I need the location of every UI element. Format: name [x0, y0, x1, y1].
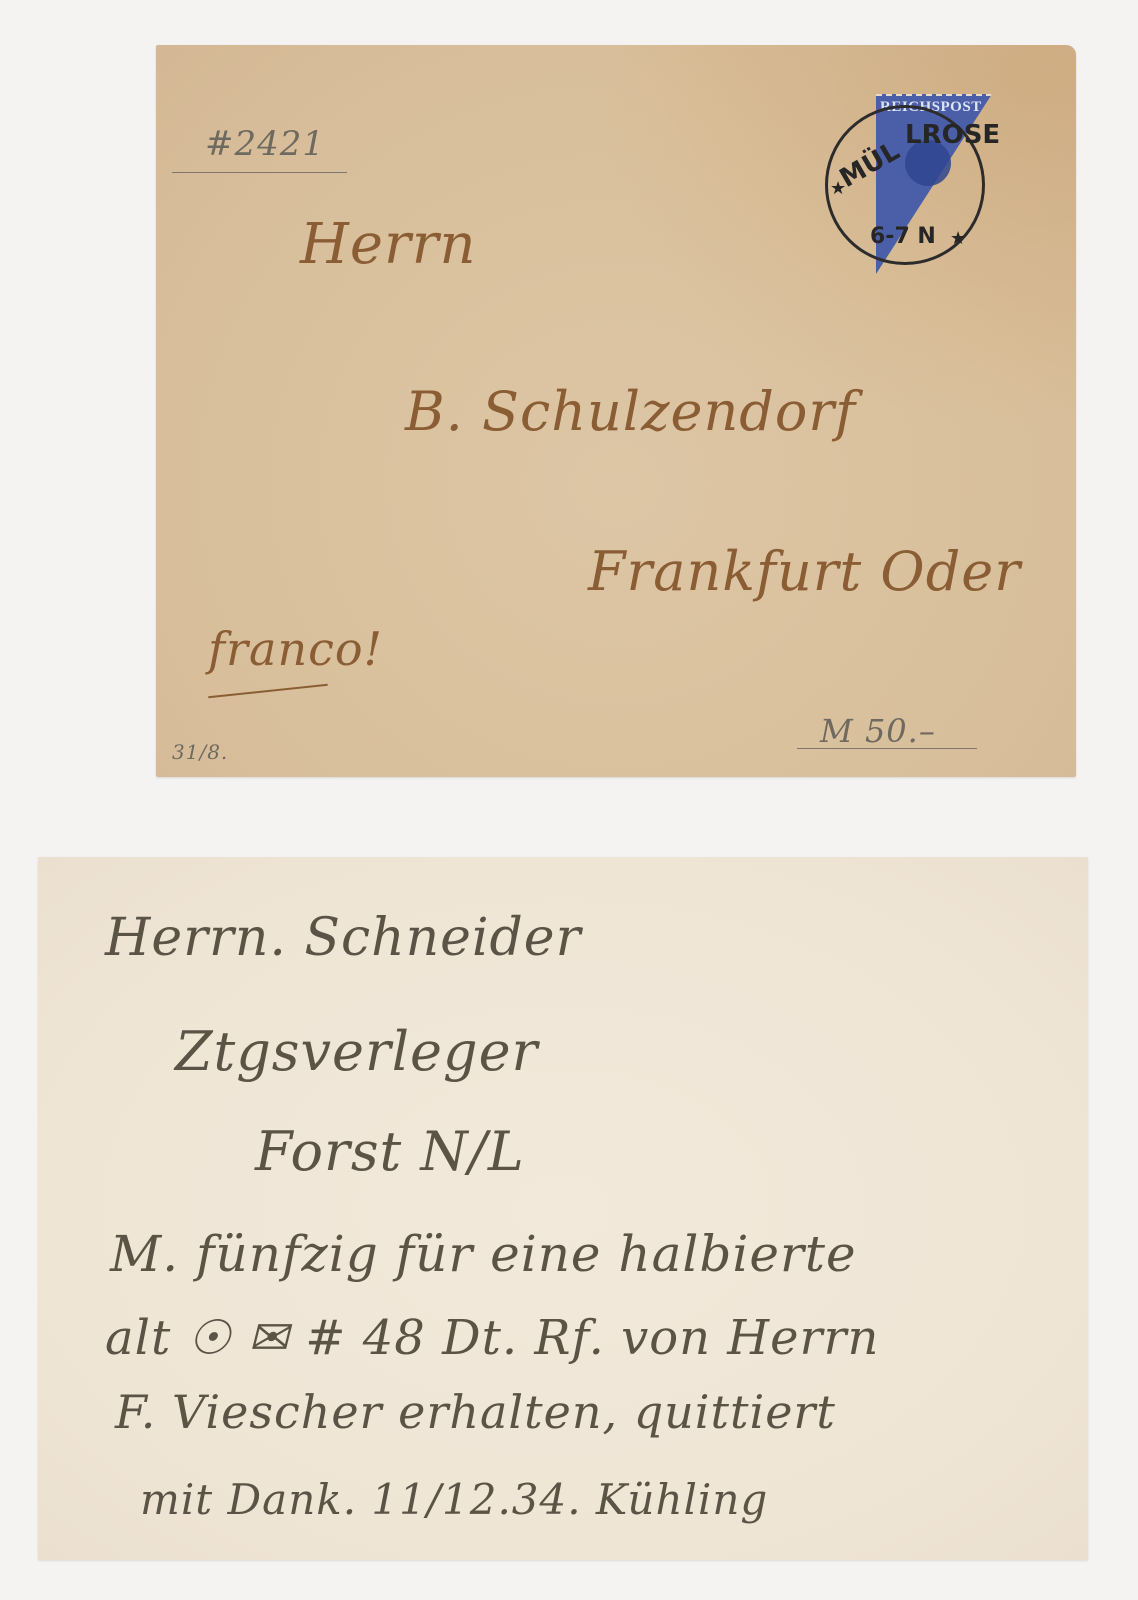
destination: Frankfurt Oder [588, 540, 1021, 603]
card-line-6: F. Viescher erhalten, quittiert [115, 1385, 836, 1439]
card-line-5: alt ☉ ✉ # 48 Dt. Rf. von Herrn [105, 1310, 879, 1366]
price-underline [797, 748, 977, 749]
recipient-name: B. Schulzendorf [405, 380, 856, 443]
postmark-town-end: LROSE [905, 120, 1000, 150]
postmark-time: 6-7 N [870, 224, 936, 249]
card-line-2: Ztgsverleger [175, 1020, 538, 1083]
card-line-7: mit Dank. 11/12.34. Kühling [140, 1475, 768, 1524]
salutation: Herrn [300, 212, 477, 277]
pencil-date-note: 31/8. [172, 740, 228, 764]
star-icon: ★ [950, 228, 966, 249]
franking-note: franco! [208, 622, 383, 676]
card-line-1: Herrn. Schneider [105, 908, 581, 968]
inventory-number: #2421 [205, 124, 325, 164]
inventory-underline [172, 172, 347, 173]
card-line-3: Forst N/L [255, 1120, 525, 1183]
card-line-4: M. fünfzig für eine halbierte [110, 1225, 857, 1283]
price-note: M 50.– [820, 712, 936, 750]
star-icon: ★ [830, 178, 846, 199]
